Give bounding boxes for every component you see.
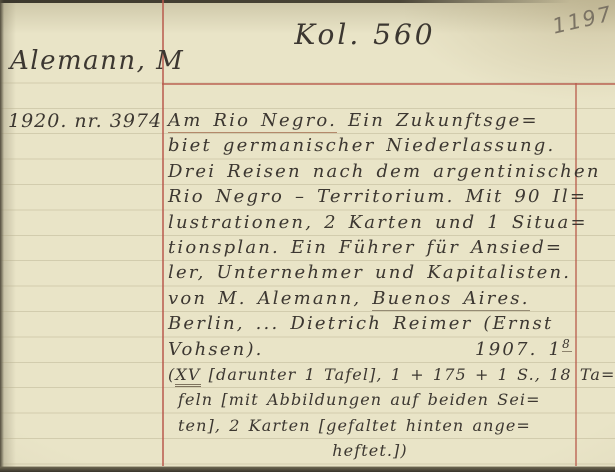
shelfmark-heading: Kol. 560 [255,18,475,51]
header-red-rule [162,83,615,85]
card-left-edge [0,0,4,472]
pagination-roman-underlined: XV [175,365,200,387]
entry-line-publisher-city: von M. Alemann, Buenos Aires. [168,286,572,311]
place-underlined: Buenos Aires. [372,288,529,311]
publication-year: 1907. 1 [475,339,562,360]
entry-line: lustrationen, 2 Karten und 1 Situa= [168,210,572,235]
right-margin-red-line [575,83,577,466]
title-rest: Ein Zukunftsge= [337,110,539,131]
entry-line-collation: feln [mit Abbildungen auf beiden Sei= [168,387,572,412]
statement-of-responsibility: von M. Alemann, [168,288,372,309]
entry-line-collation: ten], 2 Karten [gefaltet hinten ange= [168,413,572,438]
collation-rest: [darunter 1 Tafel], 1 + 175 + 1 S., 18 T… [201,365,615,384]
pencil-number-annotation: 1197 [550,1,615,38]
year-and-format: 1907. 18 [475,337,572,362]
entry-line: biet germanischer Niederlassung. [168,133,572,158]
card-bottom-edge [0,466,615,472]
publisher-end: Vohsen). [168,337,264,362]
title-underlined: Am Rio Negro. [168,110,337,133]
entry-line-title: Am Rio Negro. Ein Zukunftsge= [168,108,572,133]
entry-line: tionsplan. Ein Führer für Ansied= [168,235,572,260]
format-superscript: 8 [562,337,572,352]
entry-line-collation-end: heftet.]) [168,438,572,463]
entry-line: Berlin, ... Dietrich Reimer (Ernst [168,311,572,336]
accession-number: 1920. nr. 3974 [8,110,162,132]
entry-line: Drei Reisen nach dem argentinischen [168,159,572,184]
catalog-entry-text: Am Rio Negro. Ein Zukunftsge= biet germa… [168,108,572,463]
card-top-edge [0,0,570,3]
entry-line-collation: (XV [darunter 1 Tafel], 1 + 175 + 1 S., … [168,362,572,387]
author-heading: Alemann, M [10,46,184,76]
entry-line-imprint-year: Vohsen). 1907. 18 [168,337,572,362]
entry-line: Rio Negro – Territorium. Mit 90 Il= [168,184,572,209]
entry-line: ler, Unternehmer und Kapitalisten. [168,260,572,285]
catalog-card: Kol. 560 1197 Alemann, M 1920. nr. 3974 … [0,0,615,472]
